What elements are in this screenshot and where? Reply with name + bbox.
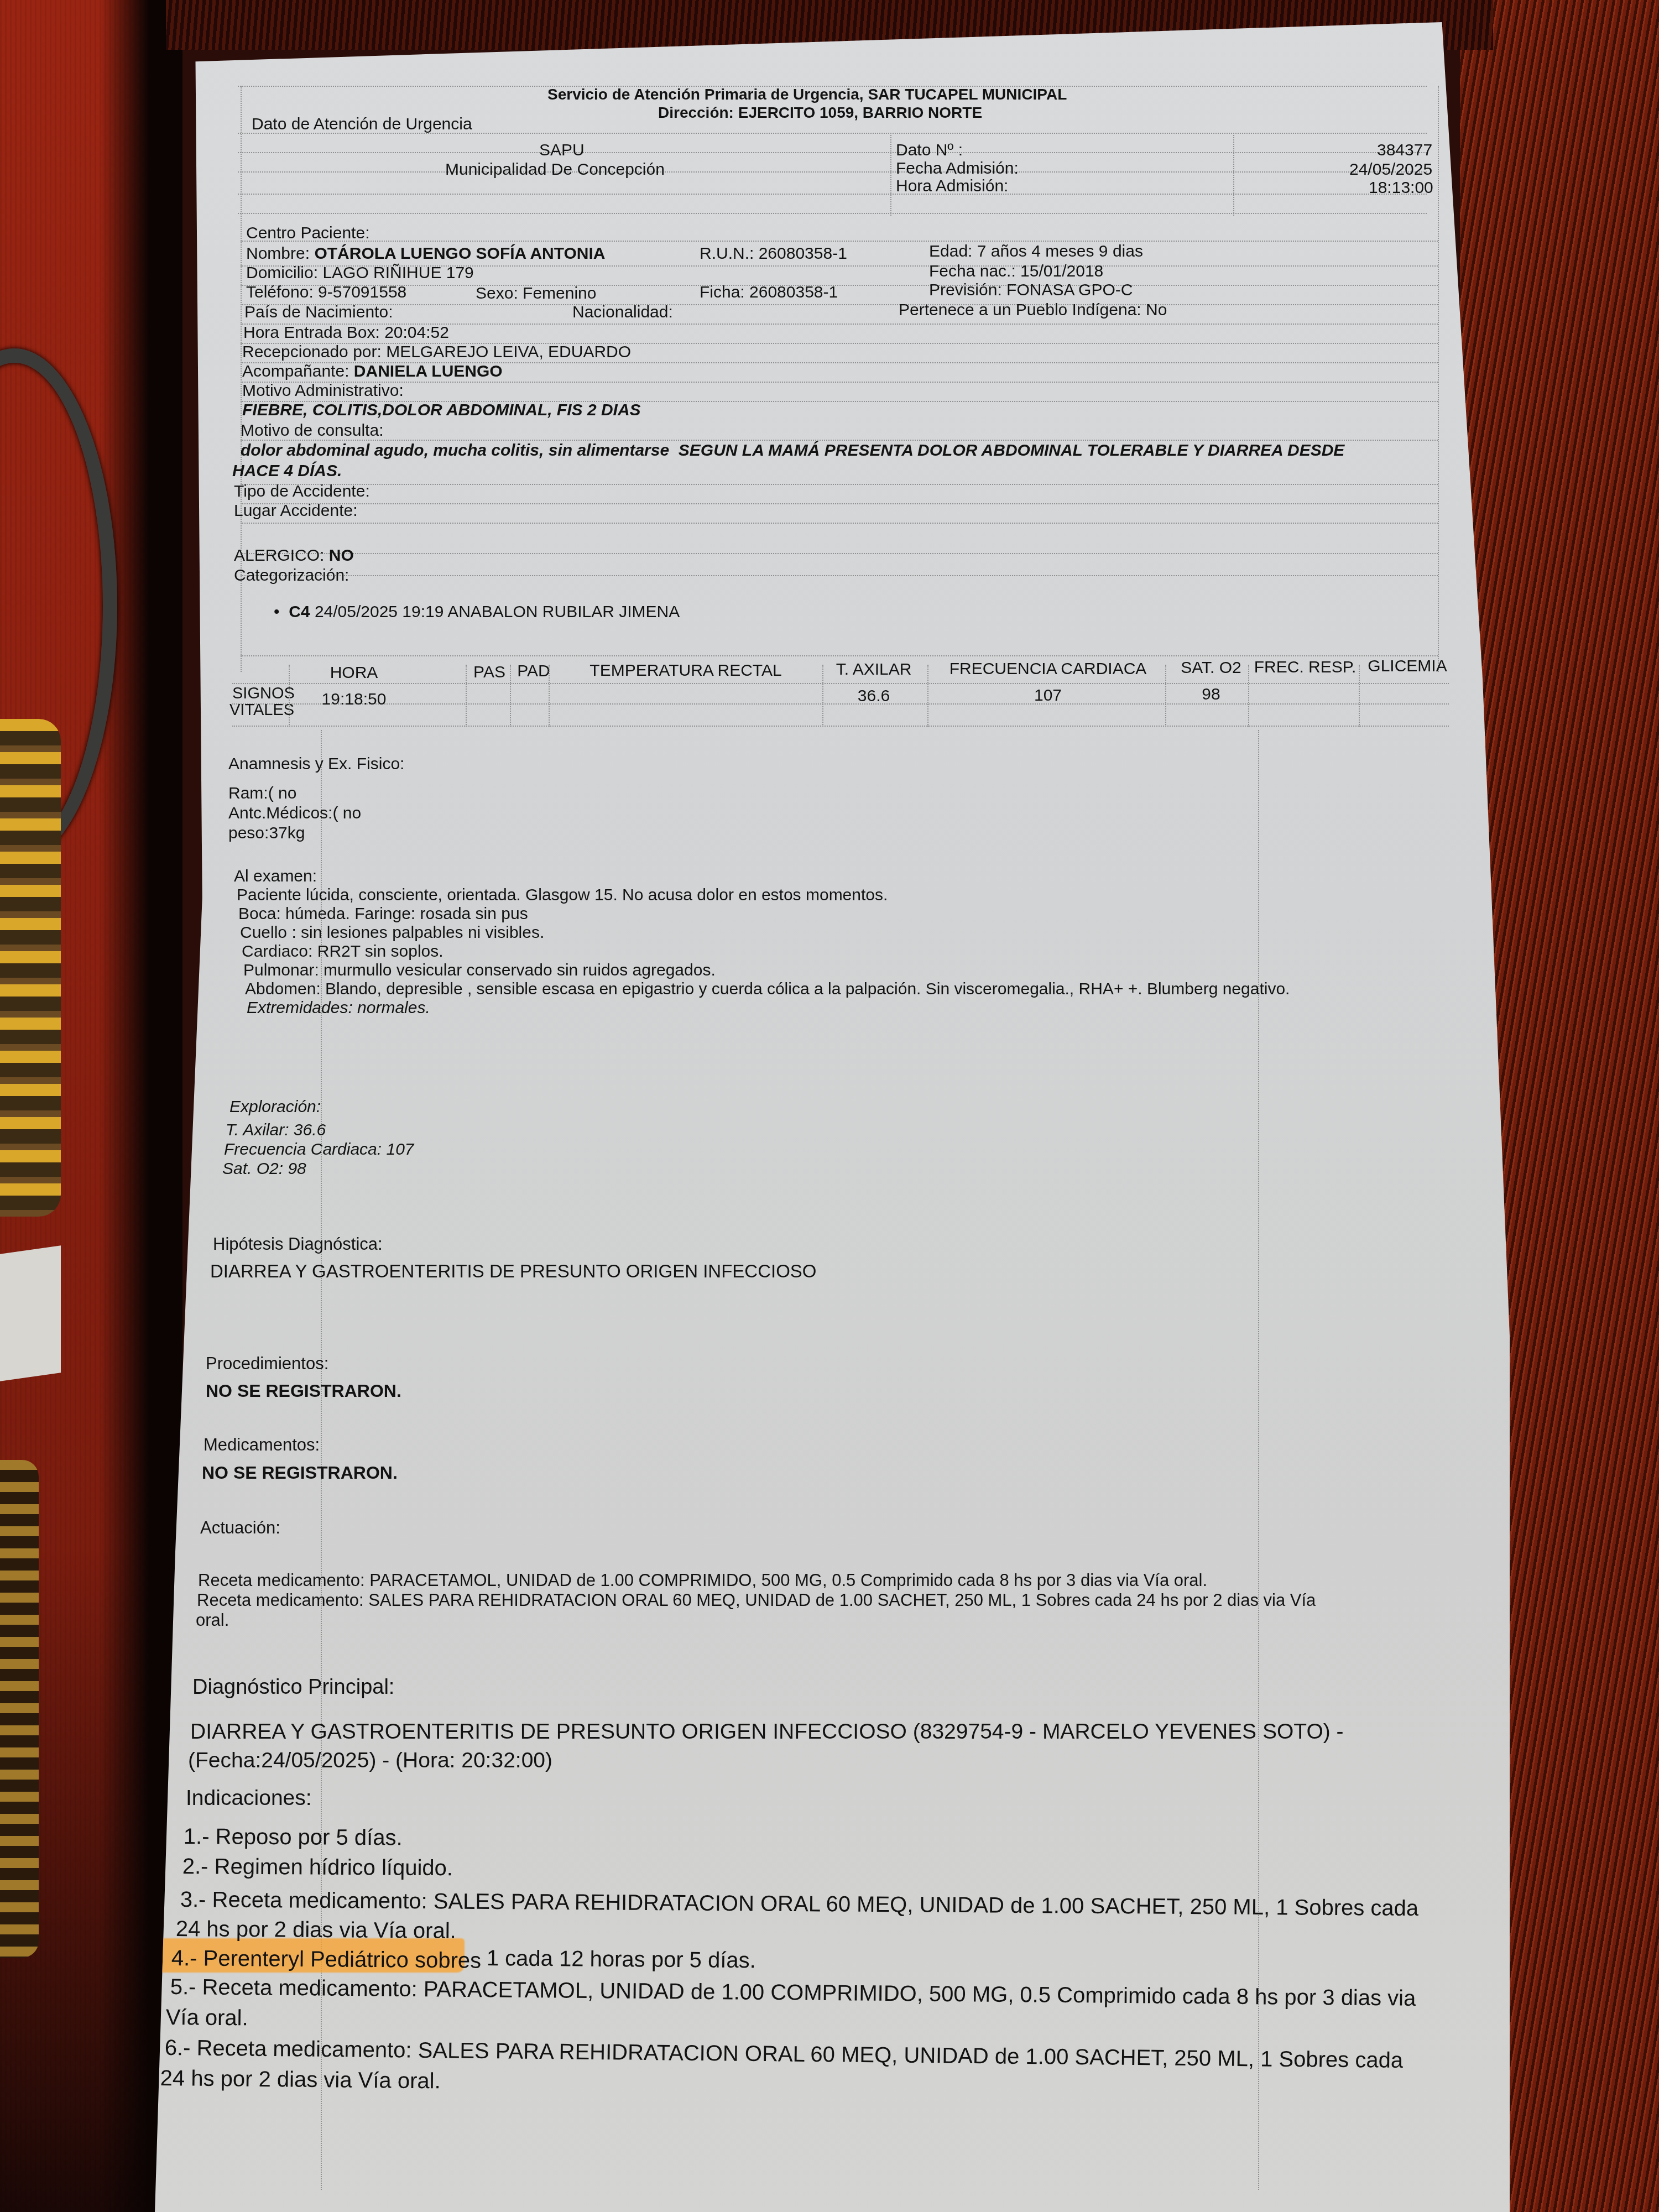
ram-value: Ram:( no — [228, 784, 296, 804]
indicacion-item: 1 cada 12 horas por 5 días. — [487, 1945, 756, 1973]
sexo-value: Femenino — [523, 284, 596, 302]
clinic-address: Dirección: EJERCITO 1059, BARRIO NORTE — [658, 104, 982, 122]
lugar-accidente-label: Lugar Accidente: — [234, 502, 358, 521]
rule — [241, 503, 1438, 504]
vitals-header-cell: T. AXILAR — [827, 660, 921, 680]
actuacion-line-2: Receta medicamento: SALES PARA REHIDRATA… — [197, 1590, 1316, 1610]
indicacion-item: 1.- Reposo por 5 días. — [184, 1824, 403, 1850]
diagnostico-line-2: (Fecha:24/05/2025) - (Hora: 20:32:00) — [188, 1749, 552, 1773]
unit-name: SAPU — [539, 141, 585, 160]
rule — [1359, 665, 1360, 727]
procedimientos-value: NO SE REGISTRARON. — [206, 1381, 401, 1401]
rule — [549, 665, 550, 727]
paper-tag-object — [0, 1245, 61, 1381]
domicilio-label: Domicilio: — [246, 264, 318, 282]
alergico-label: ALERGICO: — [234, 546, 324, 565]
vitals-header-cell: PAS — [470, 663, 509, 682]
examen-line: Paciente lúcida, consciente, orientada. … — [237, 886, 888, 905]
rule — [232, 683, 1449, 684]
indicacion-item: 24 hs por 2 dias via Vía oral. — [176, 1916, 456, 1944]
fecha-nac-value: 15/01/2018 — [1020, 262, 1103, 280]
rule — [1248, 665, 1249, 727]
examen-label: Al examen: — [234, 867, 317, 886]
recepcionado-label: Recepcionado por: — [242, 343, 382, 361]
rule — [241, 484, 1438, 485]
rule — [241, 285, 1438, 286]
categorizacion-label: Categorización: — [234, 566, 349, 586]
alergico-value: NO — [329, 546, 354, 565]
motivo-consulta-italic: dolor abdominal agudo, mucha colitis, si… — [241, 441, 669, 460]
edad-label: Edad: — [929, 242, 972, 260]
ficha-field: Ficha: 26080358-1 — [700, 283, 838, 302]
sexo-label: Sexo: — [476, 284, 518, 302]
motivo-admin-label: Motivo Administrativo: — [242, 382, 404, 401]
rule — [1165, 665, 1166, 727]
nacionalidad-label: Nacionalidad: — [572, 303, 673, 322]
vitals-header-cell: GLICEMIA — [1363, 657, 1452, 676]
acompanante-label: Acompañante: — [242, 362, 349, 380]
examen-line: Cardiaco: RR2T sin soplos. — [242, 942, 444, 962]
indicacion-item: 5.- Receta medicamento: PARACETAMOL, UNI… — [170, 1974, 1416, 2011]
pais-label: País de Nacimiento: — [244, 303, 393, 322]
centro-paciente-label: Centro Paciente: — [246, 224, 369, 243]
motivo-consulta-bold: SEGUN LA MAMÁ PRESENTA DOLOR ABDOMINAL T… — [679, 441, 1345, 460]
alergico-field: ALERGICO: NO — [234, 546, 354, 566]
medical-record-sheet: Servicio de Atención Primaria de Urgenci… — [155, 22, 1510, 2212]
anamnesis-label: Anamnesis y Ex. Fisico: — [228, 755, 404, 774]
categorizacion-detail: 24/05/2025 19:19 ANABALON RUBILAR JIMENA — [315, 603, 680, 621]
indicacion-item: Vía oral. — [166, 2005, 248, 2031]
actuacion-line-3: oral. — [196, 1610, 229, 1630]
run-label: R.U.N.: — [700, 244, 754, 263]
rule — [241, 304, 1438, 305]
run-value: 26080358-1 — [759, 244, 847, 263]
telefono-field: Teléfono: 9-57091558 — [246, 283, 406, 302]
hipotesis-label: Hipótesis Diagnóstica: — [213, 1234, 383, 1254]
telefono-label: Teléfono: — [246, 283, 314, 301]
hora-admision-label: Hora Admisión: — [896, 177, 1008, 196]
vitals-header-cell: PAD — [514, 662, 553, 681]
pueblo-value: No — [1146, 301, 1167, 319]
hora-box-value: 20:04:52 — [384, 324, 449, 342]
rule — [466, 665, 467, 727]
vitals-value-cell: 98 — [1170, 685, 1253, 705]
section-label: Dato de Atención de Urgencia — [252, 115, 472, 134]
examen-line: Abdomen: Blando, depresible , sensible e… — [245, 980, 1290, 999]
edad-value: 7 años 4 meses 9 dias — [977, 242, 1143, 260]
rule — [1258, 730, 1259, 2190]
pueblo-field: Pertenece a un Pueblo Indígena: No — [899, 301, 1167, 320]
categorizacion-entry: • C4 24/05/2025 19:19 ANABALON RUBILAR J… — [274, 603, 680, 622]
recepcionado-value: MELGAREJO LEIVA, EDUARDO — [386, 343, 631, 361]
sexo-field: Sexo: Femenino — [476, 284, 596, 304]
rule — [927, 665, 928, 727]
exploracion-line-1: T. Axilar: 36.6 — [226, 1121, 326, 1140]
recepcionado-field: Recepcionado por: MELGAREJO LEIVA, EDUAR… — [242, 343, 631, 362]
indicaciones-label: Indicaciones: — [186, 1786, 312, 1811]
rule — [241, 553, 1438, 554]
rule — [1233, 133, 1234, 216]
dato-value: 384377 — [1377, 141, 1432, 160]
rule — [238, 194, 1427, 195]
exploracion-label: Exploración: — [229, 1098, 321, 1117]
vitals-row-label-1: SIGNOS — [232, 685, 295, 703]
woven-bag-object — [0, 719, 61, 1217]
prevision-label: Previsión: — [929, 281, 1002, 299]
rule — [241, 382, 1438, 383]
fecha-admision-value: 24/05/2025 — [1349, 160, 1432, 180]
medicamentos-value: NO SE REGISTRARON. — [202, 1463, 398, 1483]
pueblo-label: Pertenece a un Pueblo Indígena: — [899, 301, 1141, 319]
acompanante-field: Acompañante: DANIELA LUENGO — [242, 362, 503, 382]
fecha-nac-field: Fecha nac.: 15/01/2018 — [929, 262, 1103, 281]
peso-value: peso:37kg — [228, 824, 305, 843]
run-field: R.U.N.: 26080358-1 — [700, 244, 847, 264]
ficha-label: Ficha: — [700, 283, 745, 301]
vitals-header-cell: FREC. RESP. — [1253, 658, 1358, 677]
exploracion-line-3: Sat. O2: 98 — [222, 1160, 306, 1179]
examen-line: Cuello : sin lesiones palpables ni visib… — [240, 924, 544, 943]
rule — [241, 440, 1438, 441]
rule — [241, 575, 1438, 576]
nombre-label: Nombre: — [246, 244, 310, 263]
domicilio-value: LAGO RIÑIHUE 179 — [322, 264, 473, 282]
vitals-value-cell: 107 — [932, 686, 1164, 706]
municipality-name: Municipalidad De Concepción — [445, 160, 665, 180]
rule — [1438, 86, 1439, 672]
rule — [232, 726, 1449, 727]
procedimientos-label: Procedimientos: — [206, 1354, 328, 1374]
indicacion-item: 3.- Receta medicamento: SALES PARA REHID… — [180, 1887, 1419, 1921]
vitals-value-cell: 36.6 — [827, 687, 921, 706]
indicacion-item: 24 hs por 2 dias via Vía oral. — [160, 2065, 441, 2094]
indicacion-item: 2.- Regimen hídrico líquido. — [182, 1854, 453, 1881]
actuacion-line-1: Receta medicamento: PARACETAMOL, UNIDAD … — [198, 1571, 1207, 1590]
rule — [822, 665, 823, 727]
domicilio-field: Domicilio: LAGO RIÑIHUE 179 — [246, 264, 474, 283]
rule — [241, 241, 1438, 242]
vitals-row-label-2: VITALES — [229, 701, 294, 719]
exploracion-line-2: Frecuencia Cardiaca: 107 — [224, 1140, 414, 1160]
acompanante-value: DANIELA LUENGO — [354, 362, 503, 380]
examen-line: Boca: húmeda. Faringe: rosada sin pus — [238, 905, 528, 924]
vitals-header-cell: SAT. O2 — [1170, 659, 1253, 678]
vitals-header-cell: TEMPERATURA RECTAL — [553, 661, 818, 681]
rule — [241, 523, 1438, 524]
nombre-field: Nombre: OTÁROLA LUENGO SOFÍA ANTONIA — [246, 244, 606, 264]
fecha-nac-label: Fecha nac.: — [929, 262, 1016, 280]
dato-label: Dato Nº : — [896, 141, 963, 160]
diagnostico-line-1: DIARREA Y GASTROENTERITIS DE PRESUNTO OR… — [190, 1720, 1344, 1745]
clinic-title: Servicio de Atención Primaria de Urgenci… — [547, 86, 1067, 103]
motivo-consulta-label: Motivo de consulta: — [241, 421, 383, 441]
rule — [238, 152, 1427, 153]
examen-line: Pulmonar: murmullo vesicular conservado … — [243, 961, 716, 980]
vitals-header-cell: FRECUENCIA CARDIACA — [932, 660, 1164, 679]
hipotesis-value: DIARREA Y GASTROENTERITIS DE PRESUNTO OR… — [210, 1261, 817, 1282]
edad-field: Edad: 7 años 4 meses 9 dias — [929, 242, 1143, 262]
vitals-header-cell: HORA — [293, 664, 415, 683]
vitals-value-cell: 19:18:50 — [293, 690, 415, 709]
woven-bag-object-lower — [0, 1460, 39, 1958]
indicacion-item: 4.- Perenteryl Pediátrico sobres — [171, 1945, 482, 1974]
rule — [890, 133, 891, 216]
hora-admision-value: 18:13:00 — [1369, 179, 1433, 198]
antc-value: Antc.Médicos:( no — [228, 804, 361, 823]
fecha-admision-label: Fecha Admisión: — [896, 159, 1019, 179]
nombre-value: OTÁROLA LUENGO SOFÍA ANTONIA — [314, 244, 605, 263]
telefono-value: 9-57091558 — [318, 283, 406, 301]
motivo-consulta-value: dolor abdominal agudo, mucha colitis, si… — [241, 441, 1344, 461]
rule — [238, 213, 1427, 214]
rule — [241, 655, 1438, 656]
medicamentos-label: Medicamentos: — [204, 1435, 320, 1455]
prevision-value: FONASA GPO-C — [1006, 281, 1133, 299]
motivo-admin-value: FIEBRE, COLITIS,DOLOR ABDOMINAL, FIS 2 D… — [242, 401, 641, 420]
rule — [289, 665, 290, 727]
hora-box-field: Hora Entrada Box: 20:04:52 — [243, 324, 449, 343]
examen-line: Extremidades: normales. — [247, 999, 430, 1018]
motivo-consulta-cont: HACE 4 DÍAS. — [232, 462, 342, 481]
rule — [510, 665, 511, 727]
prevision-field: Previsión: FONASA GPO-C — [929, 281, 1133, 300]
bullet-icon: • — [274, 603, 284, 621]
diagnostico-label: Diagnóstico Principal: — [192, 1676, 394, 1700]
actuacion-label: Actuación: — [200, 1518, 280, 1538]
categorizacion-level: C4 — [289, 603, 310, 621]
hora-box-label: Hora Entrada Box: — [243, 324, 380, 342]
ficha-value: 26080358-1 — [749, 283, 838, 301]
rule — [238, 171, 1427, 173]
tipo-accidente-label: Tipo de Accidente: — [234, 482, 370, 502]
